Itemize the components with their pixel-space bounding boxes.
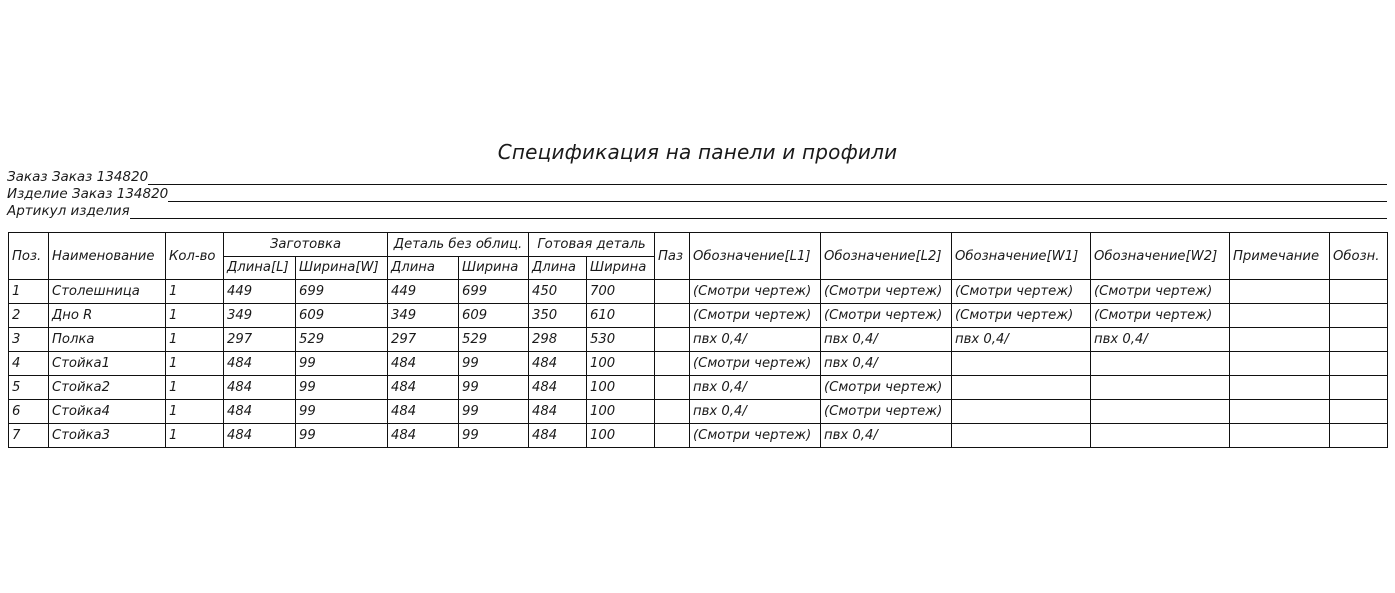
cell-raw-length: 484 (388, 424, 459, 448)
cell-blank-length: 484 (224, 376, 296, 400)
col-finished-length: Длина (529, 256, 587, 280)
cell-blank-length: 349 (224, 304, 296, 328)
cell-pos: 4 (9, 352, 49, 376)
cell-raw-length: 484 (388, 352, 459, 376)
table-row: 2Дно R1349609349609350610(Смотри чертеж)… (9, 304, 1388, 328)
cell-blank-width: 99 (296, 424, 388, 448)
cell-blank-width: 699 (296, 280, 388, 304)
col-raw-length: Длина (388, 256, 459, 280)
cell-name: Стойка3 (49, 424, 166, 448)
product-underline (168, 184, 1387, 202)
cell-edge-w2: (Смотри чертеж) (1091, 280, 1230, 304)
cell-finished-length: 484 (529, 424, 587, 448)
cell-groove (655, 424, 690, 448)
cell-name: Стойка4 (49, 400, 166, 424)
cell-raw-width: 529 (459, 328, 529, 352)
cell-raw-length: 484 (388, 400, 459, 424)
cell-qty: 1 (166, 352, 224, 376)
cell-groove (655, 352, 690, 376)
product-line: Изделие Заказ 134820 (7, 185, 1387, 202)
cell-finished-width: 100 (587, 424, 655, 448)
cell-pos: 6 (9, 400, 49, 424)
document-title: Спецификация на панели и профили (0, 140, 1395, 164)
cell-edge-w1 (952, 424, 1091, 448)
cell-raw-length: 349 (388, 304, 459, 328)
table-row: 1Столешница1449699449699450700(Смотри че… (9, 280, 1388, 304)
cell-mark (1330, 400, 1388, 424)
cell-edge-w1 (952, 352, 1091, 376)
cell-edge-l1: (Смотри чертеж) (690, 424, 821, 448)
cell-note (1230, 328, 1330, 352)
col-pos: Поз. (9, 233, 49, 280)
cell-edge-w2 (1091, 400, 1230, 424)
article-line: Артикул изделия (7, 202, 1387, 219)
cell-edge-l1: пвх 0,4/ (690, 328, 821, 352)
col-note: Примечание (1230, 233, 1330, 280)
cell-note (1230, 352, 1330, 376)
col-edge-w2: Обозначение[W2] (1091, 233, 1230, 280)
cell-edge-w2: пвх 0,4/ (1091, 328, 1230, 352)
cell-groove (655, 304, 690, 328)
col-qty: Кол-во (166, 233, 224, 280)
cell-groove (655, 376, 690, 400)
cell-qty: 1 (166, 328, 224, 352)
cell-raw-width: 99 (459, 400, 529, 424)
cell-mark (1330, 376, 1388, 400)
cell-finished-width: 530 (587, 328, 655, 352)
product-label: Изделие Заказ 134820 (7, 187, 168, 202)
cell-mark (1330, 304, 1388, 328)
cell-qty: 1 (166, 400, 224, 424)
cell-edge-w2 (1091, 352, 1230, 376)
cell-finished-length: 484 (529, 376, 587, 400)
cell-edge-w2 (1091, 376, 1230, 400)
cell-raw-width: 609 (459, 304, 529, 328)
cell-edge-l2: (Смотри чертеж) (821, 280, 952, 304)
cell-raw-width: 99 (459, 424, 529, 448)
cell-name: Столешница (49, 280, 166, 304)
cell-edge-l2: (Смотри чертеж) (821, 376, 952, 400)
cell-qty: 1 (166, 376, 224, 400)
cell-finished-length: 350 (529, 304, 587, 328)
col-edge-l1: Обозначение[L1] (690, 233, 821, 280)
cell-name: Стойка1 (49, 352, 166, 376)
cell-raw-width: 699 (459, 280, 529, 304)
cell-edge-w1: (Смотри чертеж) (952, 280, 1091, 304)
cell-blank-width: 99 (296, 400, 388, 424)
col-edge-l2: Обозначение[L2] (821, 233, 952, 280)
cell-raw-width: 99 (459, 352, 529, 376)
table-row: 7Стойка314849948499484100(Смотри чертеж)… (9, 424, 1388, 448)
col-edge-w1: Обозначение[W1] (952, 233, 1091, 280)
cell-raw-width: 99 (459, 376, 529, 400)
cell-name: Полка (49, 328, 166, 352)
spec-table-body: 1Столешница1449699449699450700(Смотри че… (9, 280, 1388, 448)
cell-finished-width: 700 (587, 280, 655, 304)
cell-pos: 1 (9, 280, 49, 304)
cell-note (1230, 280, 1330, 304)
col-blank-width: Ширина[W] (296, 256, 388, 280)
cell-edge-w2: (Смотри чертеж) (1091, 304, 1230, 328)
cell-groove (655, 280, 690, 304)
cell-mark (1330, 280, 1388, 304)
cell-name: Стойка2 (49, 376, 166, 400)
col-blank-length: Длина[L] (224, 256, 296, 280)
cell-qty: 1 (166, 424, 224, 448)
col-group-blank: Заготовка (224, 233, 388, 257)
cell-finished-width: 100 (587, 400, 655, 424)
cell-blank-length: 484 (224, 424, 296, 448)
cell-note (1230, 424, 1330, 448)
cell-mark (1330, 424, 1388, 448)
cell-blank-width: 99 (296, 352, 388, 376)
col-finished-width: Ширина (587, 256, 655, 280)
col-mark: Обозн. (1330, 233, 1388, 280)
cell-raw-length: 297 (388, 328, 459, 352)
table-row: 5Стойка214849948499484100пвх 0,4/(Смотри… (9, 376, 1388, 400)
cell-pos: 5 (9, 376, 49, 400)
cell-blank-length: 297 (224, 328, 296, 352)
order-line: Заказ Заказ 134820 (7, 168, 1387, 185)
article-underline (130, 201, 1387, 219)
header-row-1: Поз. Наименование Кол-во Заготовка Детал… (9, 233, 1388, 257)
cell-edge-w1: пвх 0,4/ (952, 328, 1091, 352)
cell-edge-l1: пвх 0,4/ (690, 376, 821, 400)
cell-note (1230, 376, 1330, 400)
cell-pos: 2 (9, 304, 49, 328)
cell-blank-width: 529 (296, 328, 388, 352)
cell-edge-l2: (Смотри чертеж) (821, 400, 952, 424)
cell-raw-length: 484 (388, 376, 459, 400)
cell-edge-l2: пвх 0,4/ (821, 424, 952, 448)
cell-edge-w2 (1091, 424, 1230, 448)
cell-mark (1330, 328, 1388, 352)
cell-edge-w1 (952, 400, 1091, 424)
col-group-raw: Деталь без облиц. (388, 233, 529, 257)
col-name: Наименование (49, 233, 166, 280)
cell-groove (655, 328, 690, 352)
cell-blank-length: 484 (224, 352, 296, 376)
cell-finished-length: 298 (529, 328, 587, 352)
cell-finished-length: 484 (529, 400, 587, 424)
article-label: Артикул изделия (7, 204, 130, 219)
cell-edge-l1: (Смотри чертеж) (690, 304, 821, 328)
cell-blank-width: 99 (296, 376, 388, 400)
cell-finished-width: 100 (587, 352, 655, 376)
cell-name: Дно R (49, 304, 166, 328)
cell-edge-w1: (Смотри чертеж) (952, 304, 1091, 328)
cell-pos: 3 (9, 328, 49, 352)
cell-blank-length: 449 (224, 280, 296, 304)
cell-edge-l2: пвх 0,4/ (821, 352, 952, 376)
spec-table: Поз. Наименование Кол-во Заготовка Детал… (8, 232, 1388, 448)
cell-blank-width: 609 (296, 304, 388, 328)
cell-edge-l1: (Смотри чертеж) (690, 280, 821, 304)
cell-qty: 1 (166, 280, 224, 304)
cell-edge-l1: (Смотри чертеж) (690, 352, 821, 376)
col-raw-width: Ширина (459, 256, 529, 280)
table-row: 3Полка1297529297529298530пвх 0,4/пвх 0,4… (9, 328, 1388, 352)
cell-finished-length: 484 (529, 352, 587, 376)
cell-raw-length: 449 (388, 280, 459, 304)
cell-groove (655, 400, 690, 424)
cell-blank-length: 484 (224, 400, 296, 424)
cell-finished-width: 100 (587, 376, 655, 400)
cell-finished-length: 450 (529, 280, 587, 304)
cell-edge-l2: (Смотри чертеж) (821, 304, 952, 328)
col-groove: Паз (655, 233, 690, 280)
cell-pos: 7 (9, 424, 49, 448)
col-group-finished: Готовая деталь (529, 233, 655, 257)
cell-edge-l1: пвх 0,4/ (690, 400, 821, 424)
cell-note (1230, 400, 1330, 424)
cell-note (1230, 304, 1330, 328)
order-label: Заказ Заказ 134820 (7, 170, 148, 185)
cell-finished-width: 610 (587, 304, 655, 328)
cell-mark (1330, 352, 1388, 376)
table-row: 6Стойка414849948499484100пвх 0,4/(Смотри… (9, 400, 1388, 424)
order-underline (148, 167, 1387, 185)
cell-edge-w1 (952, 376, 1091, 400)
cell-qty: 1 (166, 304, 224, 328)
cell-edge-l2: пвх 0,4/ (821, 328, 952, 352)
table-row: 4Стойка114849948499484100(Смотри чертеж)… (9, 352, 1388, 376)
